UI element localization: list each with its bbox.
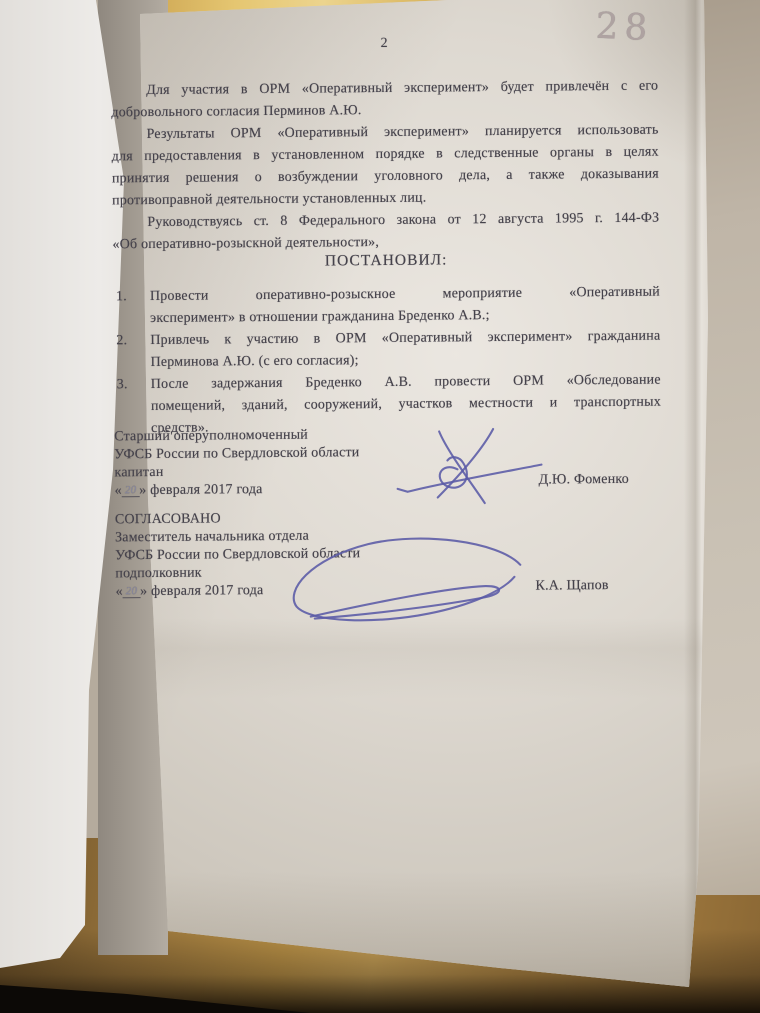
resolution-item-1: 1. Провести оперативно-розыскное меропри…: [113, 282, 660, 331]
resolution-heading: ПОСТАНОВИЛ:: [113, 248, 660, 275]
date-rest: » февраля 2017 года: [140, 583, 263, 599]
date-rest: » февраля 2017 года: [139, 482, 262, 498]
page-number: 2: [111, 31, 658, 58]
resolution-list: 1. Провести оперативно-розыскное меропри…: [113, 282, 661, 441]
item-line: Провести оперативно-розыскное мероприяти…: [150, 282, 660, 308]
paragraph-participation: Для участия в ОРМ «Оперативный экспериме…: [111, 76, 658, 125]
item-number: 2.: [116, 330, 127, 352]
executor-name: Д.Ю. Фоменко: [538, 469, 628, 492]
shchapov-signature-icon: [280, 531, 536, 628]
paragraph-results: Результаты ОРМ «Оперативный эксперимент»…: [111, 120, 659, 213]
handwritten-day: 20: [123, 585, 141, 598]
item-line: помещений, зданий, сооружений, участков …: [151, 392, 661, 418]
item-line: Привлечь к участию в ОРМ «Оперативный эк…: [150, 326, 660, 352]
handwritten-day: 20: [122, 484, 140, 497]
approver-name: К.А. Щапов: [535, 575, 608, 598]
fomenko-signature-icon: [389, 425, 550, 511]
resolution-item-2: 2. Привлечь к участию в ОРМ «Оперативный…: [113, 326, 660, 375]
item-number: 1.: [116, 286, 127, 308]
item-number: 3.: [117, 374, 128, 396]
document-content: 28 2 Для участия в ОРМ «Оперативный эксп…: [0, 0, 760, 1013]
